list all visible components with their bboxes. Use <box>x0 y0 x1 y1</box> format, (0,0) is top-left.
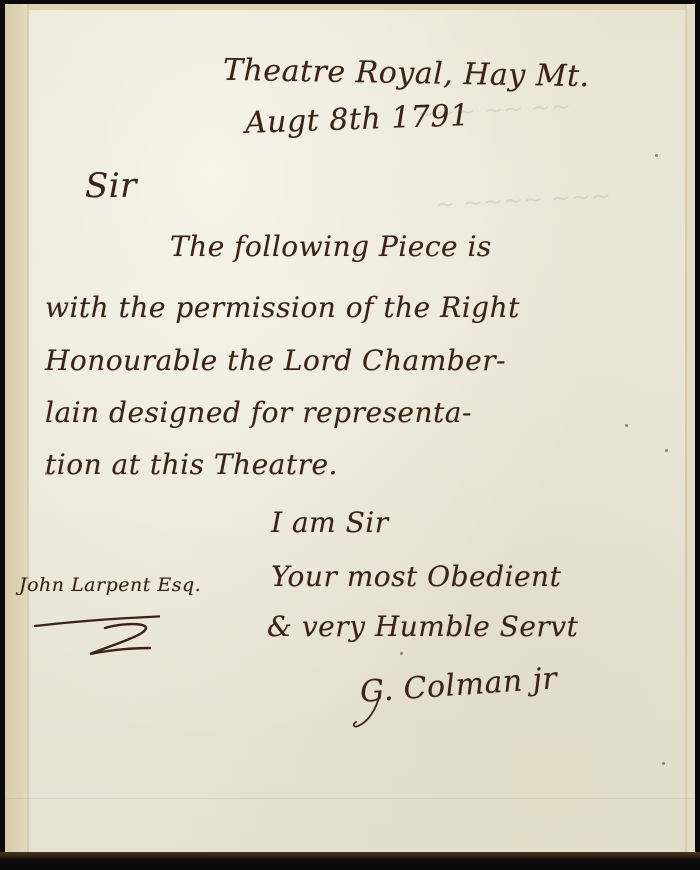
letter-body-line: Honourable the Lord Chamber- <box>45 344 506 377</box>
paper-speck <box>625 424 628 427</box>
paper-speck <box>400 652 403 655</box>
letter-body-line: tion at this Theatre. <box>45 448 338 481</box>
letter-salutation: Sir <box>85 166 137 206</box>
signature-flourish <box>350 694 410 734</box>
letter-closing-line: & very Humble Servt <box>267 610 578 643</box>
addressee-flourish <box>30 604 160 664</box>
paper-speck <box>45 472 48 475</box>
letter-heading-date: Augt 8th 1791 <box>244 98 470 141</box>
margin-rule <box>27 4 29 856</box>
torn-bottom-edge <box>0 852 700 860</box>
paper-speck <box>662 762 665 765</box>
letter-heading-place: Theatre Royal, Hay Mt. <box>223 53 590 94</box>
paper-speck <box>655 154 658 157</box>
letter-page: ​~~~ ~~ ~~ ​~ ~~~~ ~~~ Theatre Royal, Ha… <box>5 4 695 856</box>
letter-body-line: with the permission of the Right <box>45 291 520 324</box>
letter-body-line: lain designed for representa- <box>45 396 472 429</box>
top-edge <box>5 4 695 10</box>
letter-body-line: The following Piece is <box>170 230 492 263</box>
image-frame: ​~~~ ~~ ~~ ​~ ~~~~ ~~~ Theatre Royal, Ha… <box>0 0 700 870</box>
paper-crease <box>5 798 695 799</box>
letter-addressee: John Larpent Esq. <box>19 574 201 596</box>
paper-speck <box>665 449 668 452</box>
letter-closing-line: I am Sir <box>271 506 389 539</box>
letter-closing-line: Your most Obedient <box>271 560 561 593</box>
right-edge-strip <box>687 4 695 856</box>
bleed-through-text: ​~ ~~~~ ~~~ <box>434 181 611 218</box>
left-margin-band <box>5 4 27 856</box>
